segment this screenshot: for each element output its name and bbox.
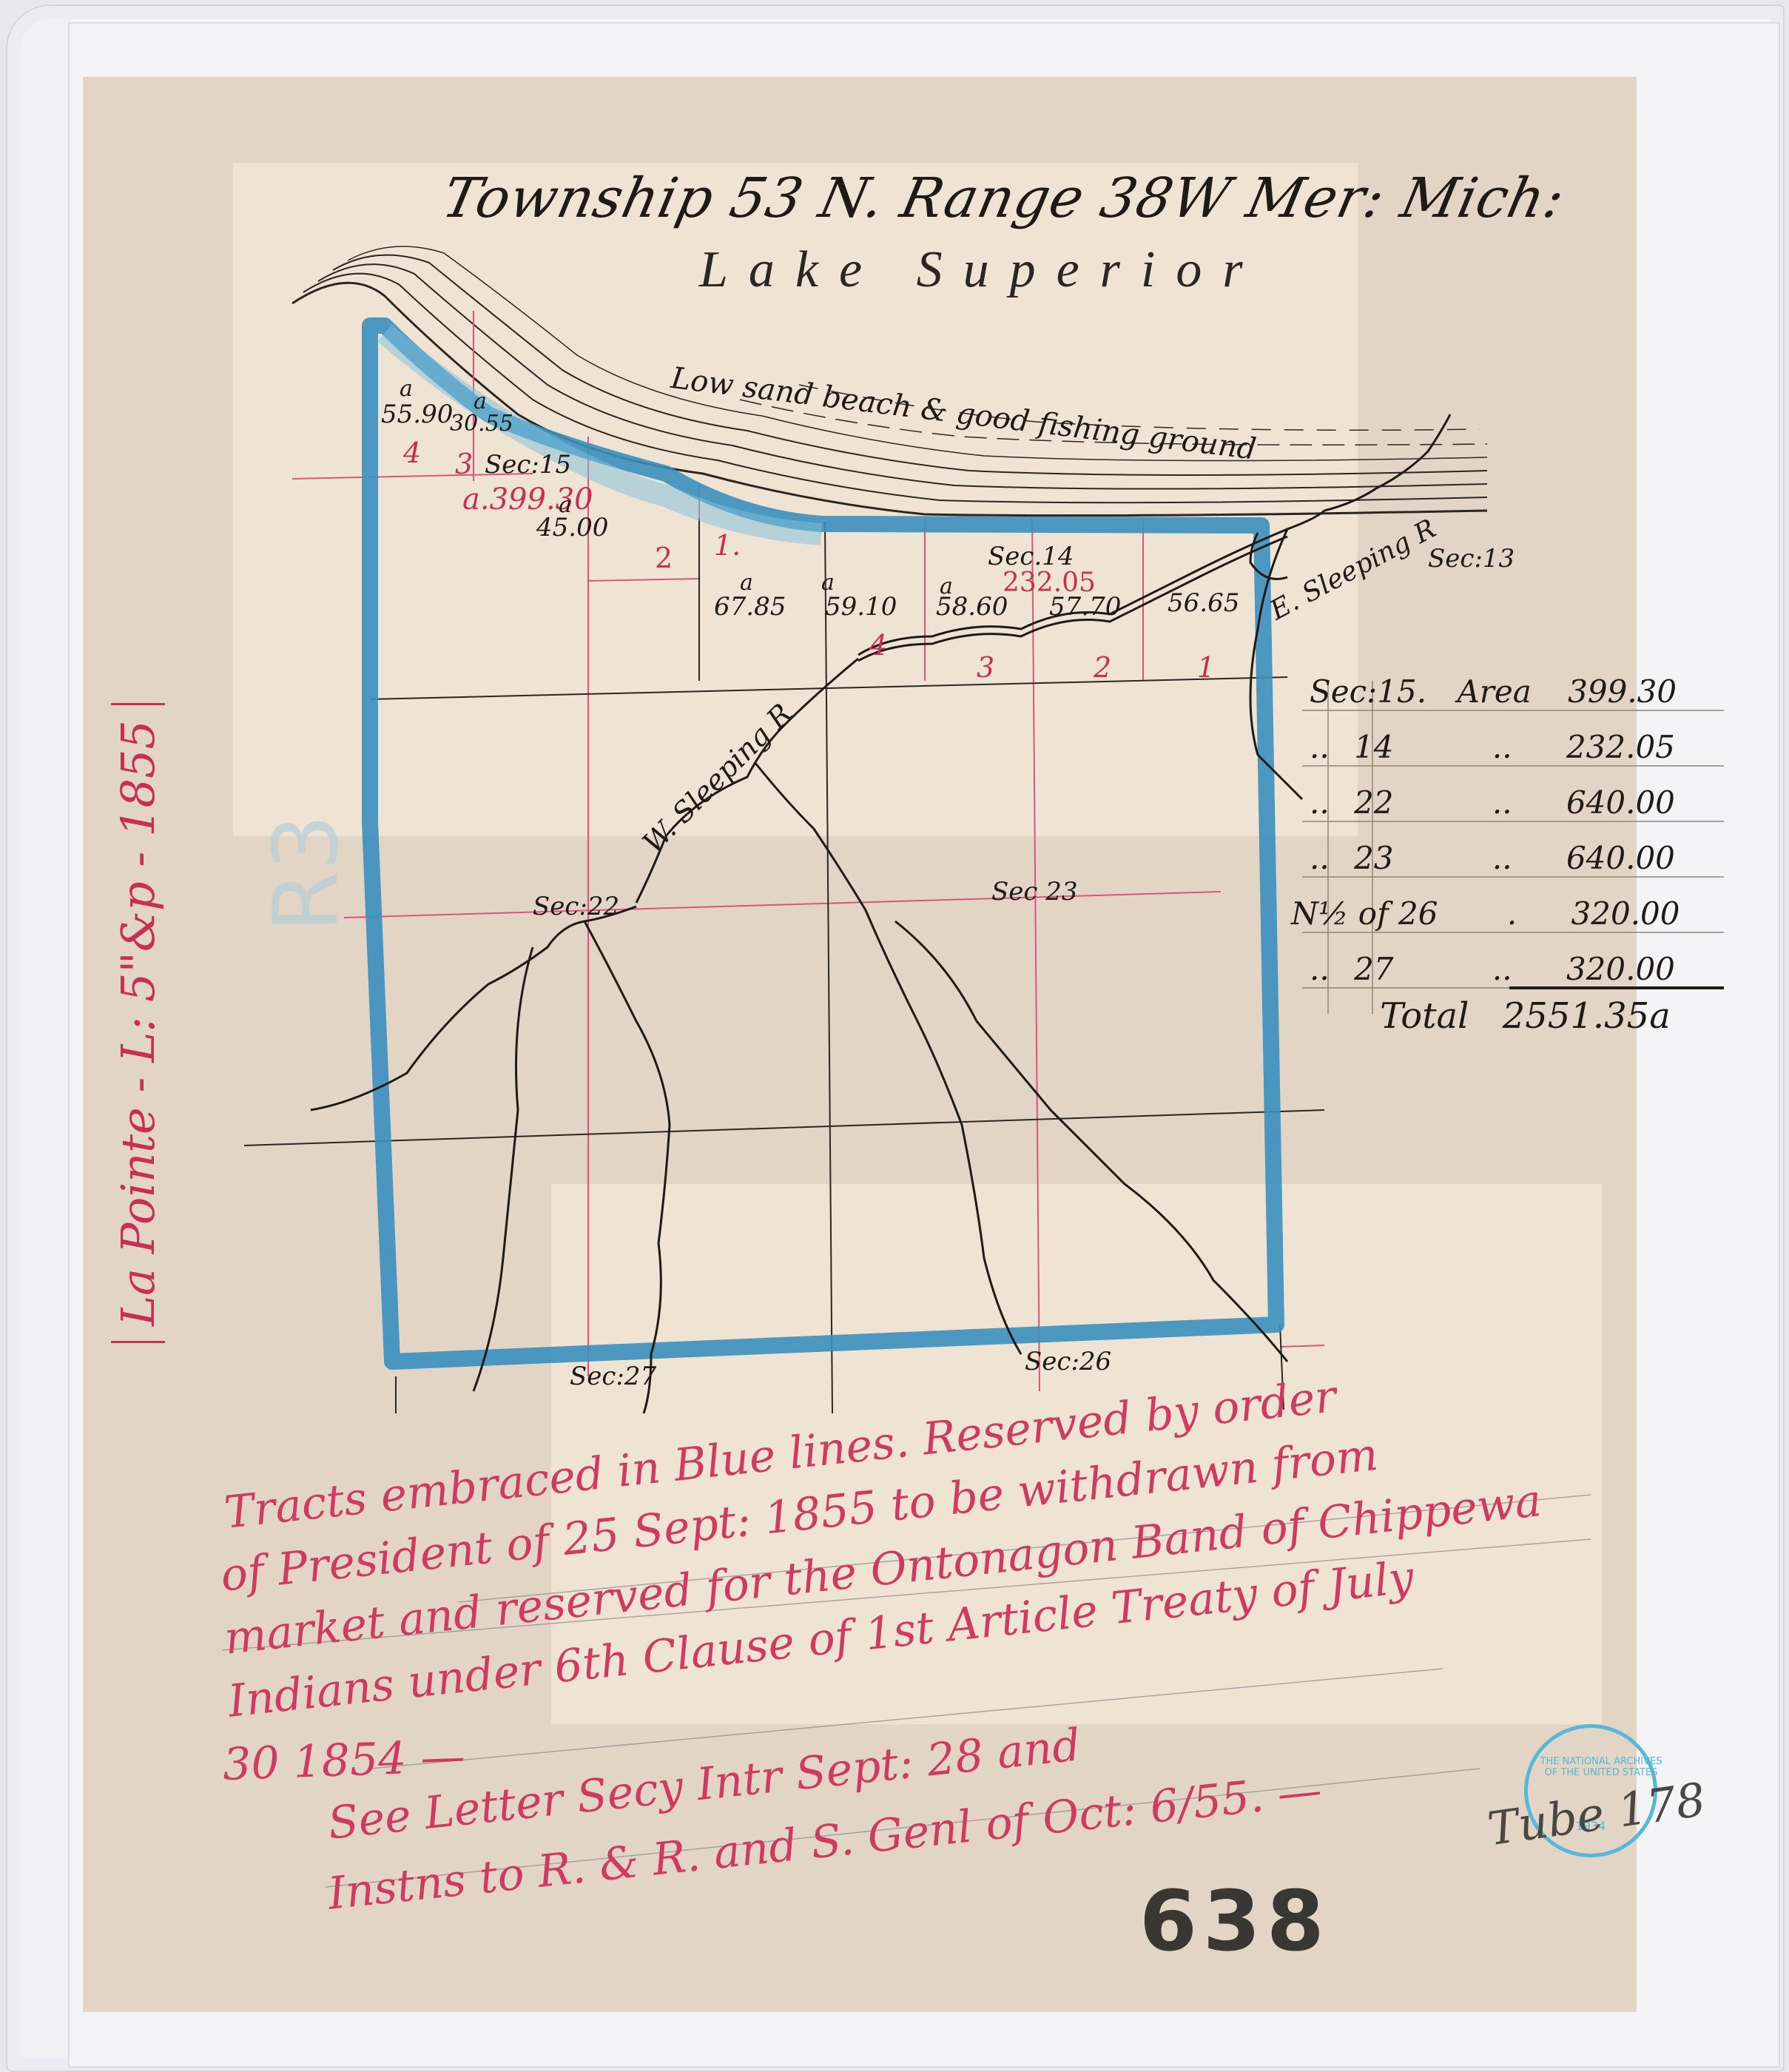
table-ditto: ..: [1492, 951, 1512, 987]
lot-acres: 56.65: [1168, 588, 1239, 618]
lot-number: 3: [455, 448, 473, 480]
water-body-label: Lake Superior: [699, 240, 1264, 300]
table-row: .. 23 .. 640.00: [1310, 840, 1675, 876]
table-ditto: .: [1507, 895, 1517, 932]
area-table-header: Sec:15. Area 399.30: [1310, 673, 1677, 710]
map-title: Township 53 N. Range 38W Mer: Mich:: [437, 166, 1571, 230]
section-15-label: Sec:15: [485, 450, 571, 480]
total-value: 2551.35a: [1503, 995, 1671, 1037]
table-section: 27: [1354, 951, 1393, 987]
faded-mark: R3: [255, 814, 358, 932]
table-section: 26: [1398, 895, 1438, 932]
table-section: Sec:15.: [1310, 673, 1426, 710]
file-number: 638: [1139, 1874, 1330, 1970]
table-ditto: ..: [1492, 784, 1512, 821]
table-prefix: ..: [1310, 840, 1330, 876]
lot-acres: 45.00: [536, 513, 608, 542]
lot-grid-red: [292, 311, 1324, 1391]
lot-acres: 57.70: [1049, 592, 1121, 622]
lot-acres: 58.60: [936, 592, 1008, 622]
table-prefix: ..: [1310, 729, 1330, 765]
lot-acres: 59.10: [825, 592, 897, 622]
table-section: 23: [1354, 840, 1393, 876]
side-label: La Pointe - L: 5"&p - 1855: [111, 703, 165, 1343]
table-section: 22: [1354, 784, 1393, 821]
section-15-area: a.399.30: [462, 482, 593, 517]
section-26-label: Sec:26: [1025, 1347, 1111, 1376]
section-grid-black: [244, 518, 1324, 1413]
table-value: 320.00: [1571, 895, 1680, 932]
lot-number: 1.: [714, 529, 741, 562]
stamp-text: THE NATIONAL ARCHIVES OF THE UNITED STAT…: [1528, 1741, 1674, 1778]
table-ditto: ..: [1492, 840, 1512, 876]
table-total-row: Total 2551.35a: [1380, 995, 1671, 1037]
section-22-label: Sec:22: [533, 892, 619, 921]
table-value: 232.05: [1566, 729, 1675, 765]
table-prefix: N½ of: [1291, 895, 1389, 932]
table-value: 399.30: [1568, 673, 1677, 710]
table-prefix: ..: [1310, 784, 1330, 821]
lot-acres-prefix: a: [400, 376, 413, 402]
lot-number: 4: [869, 629, 887, 662]
table-value: 640.00: [1566, 784, 1675, 821]
lot-number: 2: [655, 542, 673, 574]
table-row: .. 14 .. 232.05: [1310, 729, 1675, 765]
lot-acres: 67.85: [714, 592, 786, 622]
table-label: Area: [1457, 673, 1531, 710]
lot-acres: 30.55: [450, 411, 513, 437]
table-section: 14: [1354, 729, 1393, 765]
table-ditto: ..: [1492, 729, 1512, 765]
table-row: N½ of 26 . 320.00: [1291, 895, 1680, 932]
table-row: .. 27 .. 320.00: [1310, 951, 1675, 987]
lot-number: 1: [1197, 651, 1215, 684]
table-prefix: ..: [1310, 951, 1330, 987]
lot-number: 3: [977, 651, 994, 684]
table-value: 640.00: [1566, 840, 1675, 876]
annotation-line: 30 1854 —: [222, 1731, 465, 1791]
lot-number: 4: [403, 437, 421, 469]
table-value: 320.00: [1566, 951, 1675, 987]
section-14-label: Sec.14: [988, 542, 1074, 571]
lot-number: 2: [1094, 651, 1111, 684]
section-23-label: Sec 23: [991, 877, 1078, 906]
lot-acres: 55.90: [381, 400, 453, 429]
total-label: Total: [1380, 995, 1469, 1037]
table-row: .. 22 .. 640.00: [1310, 784, 1675, 821]
section-27-label: Sec:27: [570, 1362, 656, 1391]
section-13-label: Sec:13: [1428, 544, 1515, 573]
